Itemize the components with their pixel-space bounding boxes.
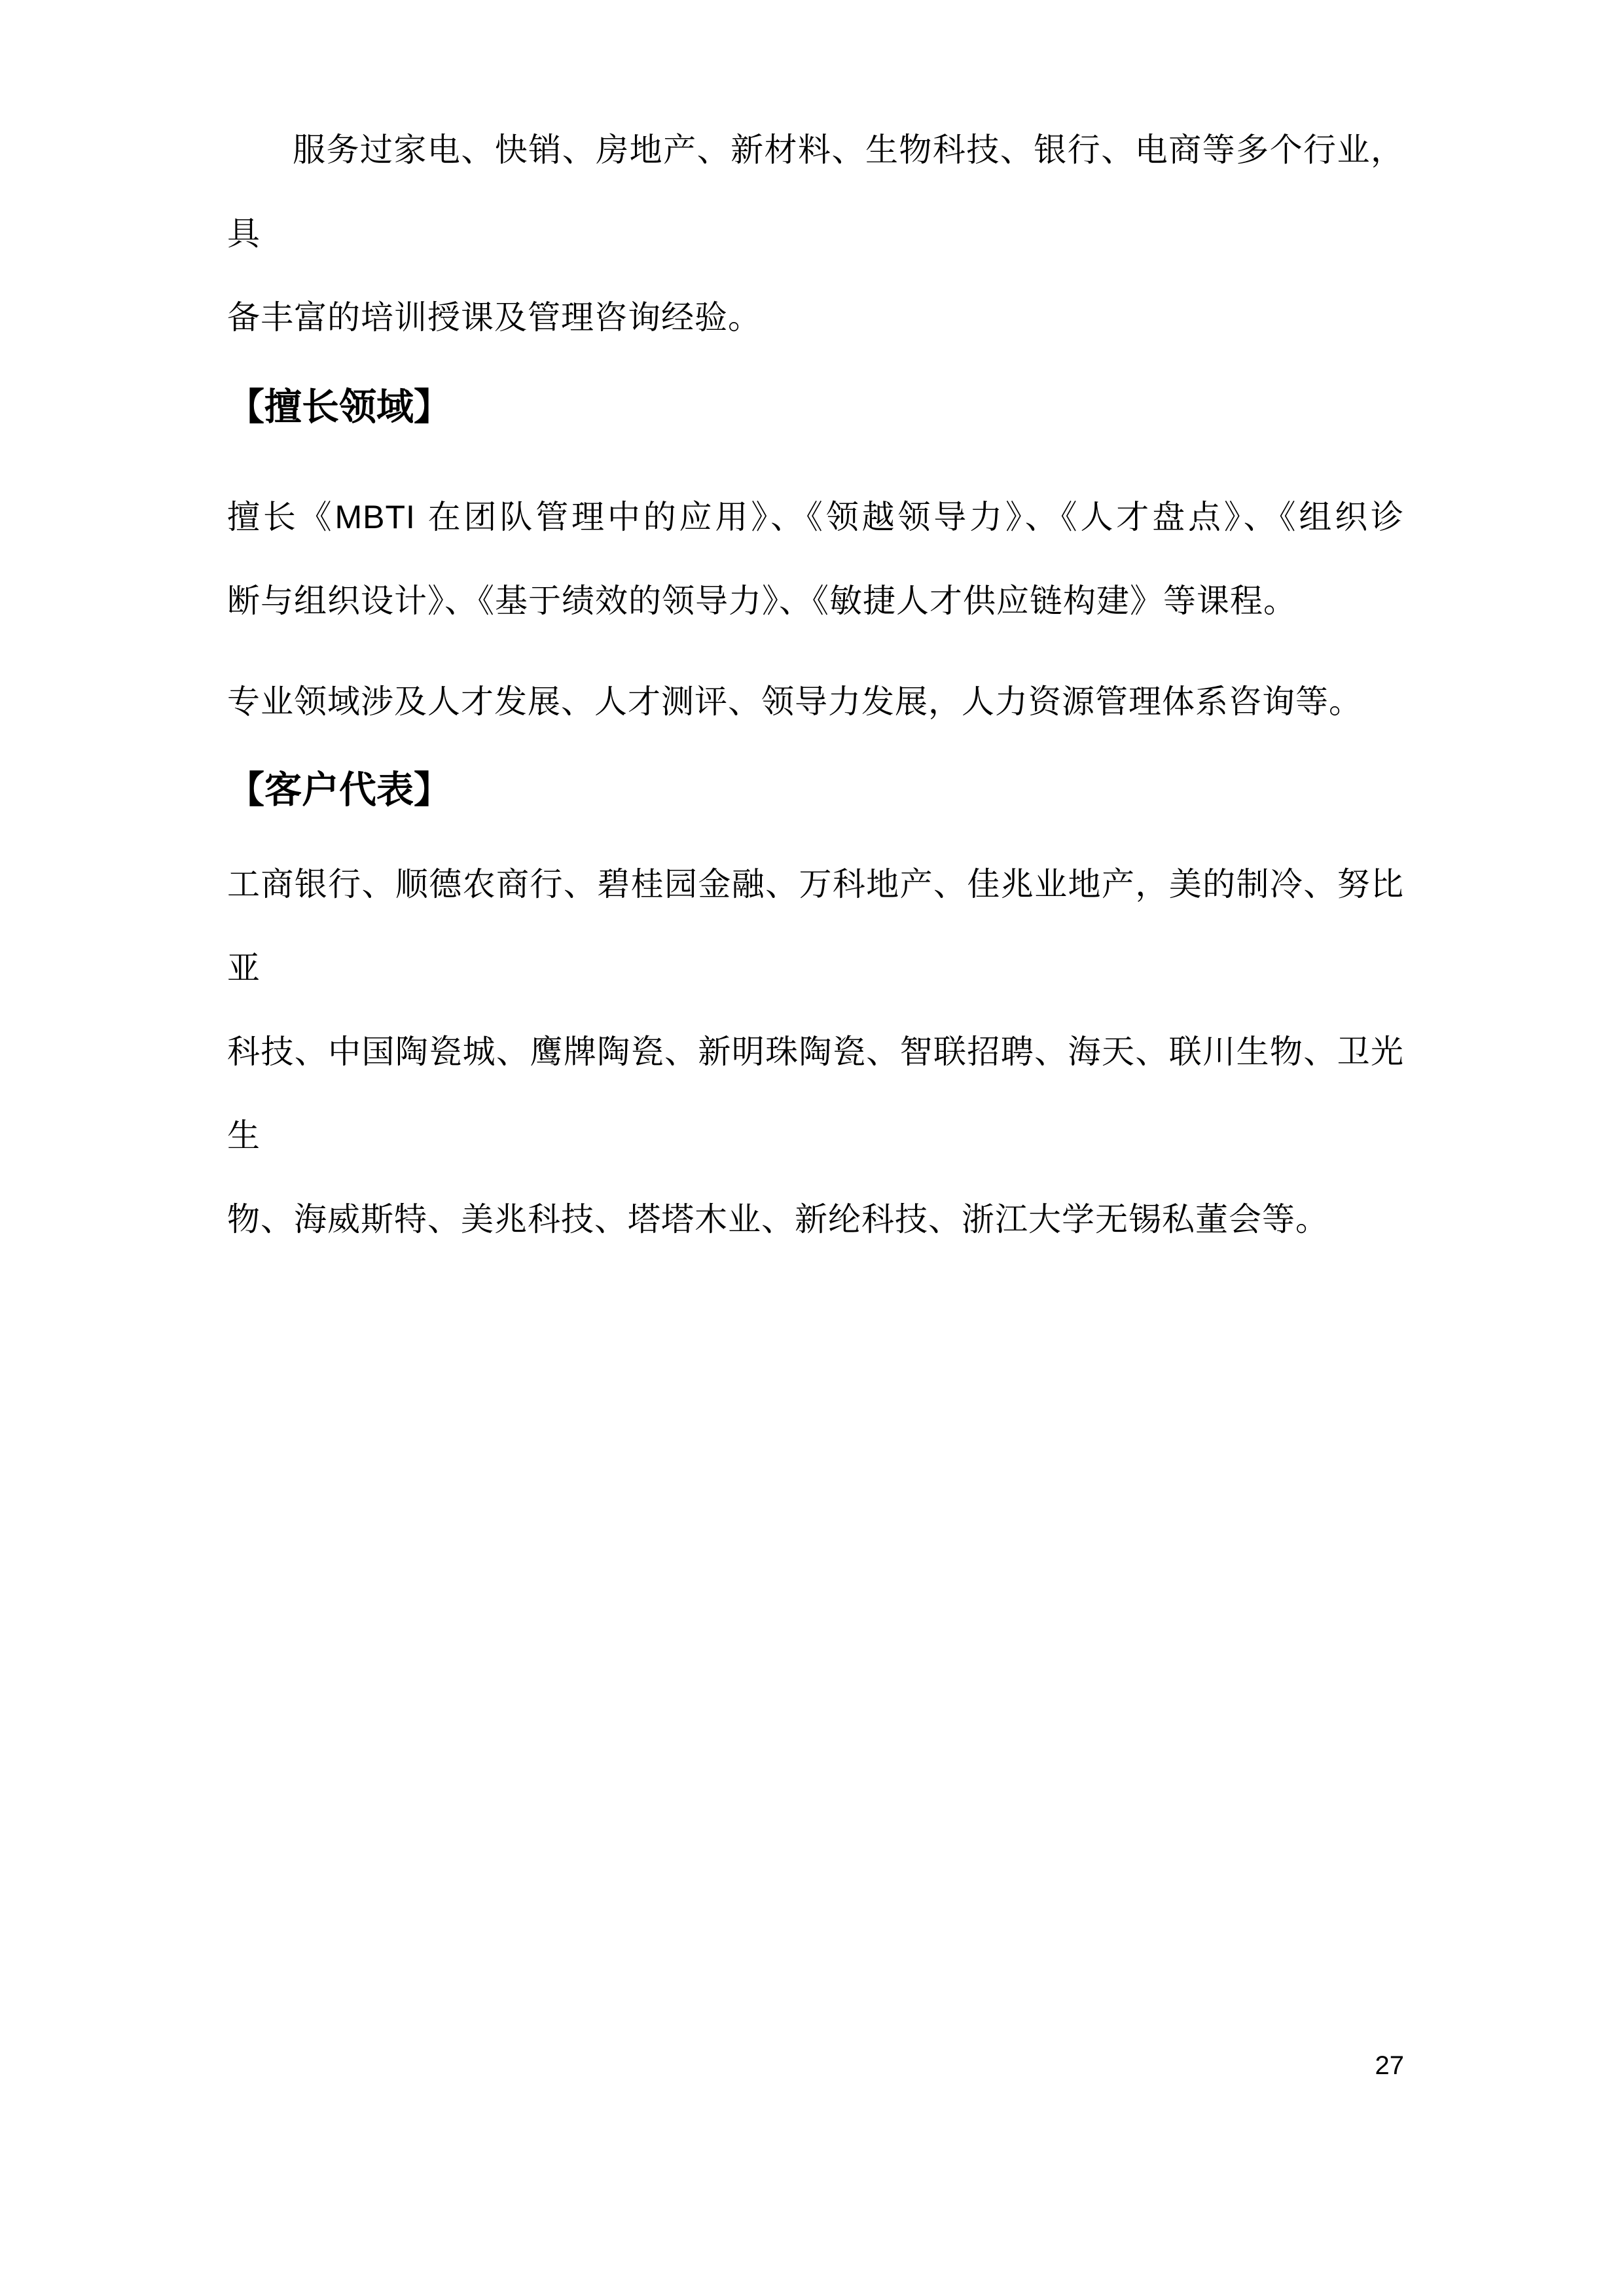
page-number: 27 bbox=[1375, 2051, 1405, 2081]
clients-paragraph: 工商银行、顺德农商行、碧桂园金融、万科地产、佳兆业地产，美的制冷、努比亚 科技、… bbox=[227, 842, 1404, 1261]
clients-paragraph-line-2: 科技、中国陶瓷城、鹰牌陶瓷、新明珠陶瓷、智联招聘、海天、联川生物、卫光生 bbox=[227, 1010, 1404, 1177]
intro-paragraph: 服务过家电、快销、房地产、新材料、生物科技、银行、电商等多个行业，具 备丰富的培… bbox=[227, 108, 1404, 359]
intro-paragraph-line-2: 备丰富的培训授课及管理咨询经验。 bbox=[227, 276, 1404, 359]
expertise-section-heading: 【擅长领域】 bbox=[227, 377, 1404, 437]
document-content: 服务过家电、快销、房地产、新材料、生物科技、银行、电商等多个行业，具 备丰富的培… bbox=[0, 0, 1624, 1261]
clients-paragraph-line-3: 物、海威斯特、美兆科技、塔塔木业、新纶科技、浙江大学无锡私董会等。 bbox=[227, 1177, 1404, 1261]
document-page: 服务过家电、快销、房地产、新材料、生物科技、银行、电商等多个行业，具 备丰富的培… bbox=[0, 0, 1624, 2296]
clients-paragraph-line-1: 工商银行、顺德农商行、碧桂园金融、万科地产、佳兆业地产，美的制冷、努比亚 bbox=[227, 842, 1404, 1010]
clients-section-heading: 【客户代表】 bbox=[227, 760, 1404, 820]
professional-fields-paragraph: 专业领域涉及人才发展、人才测评、领导力发展，人力资源管理体系咨询等。 bbox=[227, 660, 1404, 744]
professional-fields-line-1: 专业领域涉及人才发展、人才测评、领导力发展，人力资源管理体系咨询等。 bbox=[227, 660, 1404, 744]
expertise-paragraph: 擅长《MBTI 在团队管理中的应用》、《领越领导力》、《人才盘点》、《组织诊 断… bbox=[227, 475, 1404, 643]
intro-paragraph-line-1: 服务过家电、快销、房地产、新材料、生物科技、银行、电商等多个行业，具 bbox=[227, 108, 1404, 276]
expertise-paragraph-line-1: 擅长《MBTI 在团队管理中的应用》、《领越领导力》、《人才盘点》、《组织诊 bbox=[227, 475, 1404, 559]
expertise-paragraph-line-2: 断与组织设计》、《基于绩效的领导力》、《敏捷人才供应链构建》等课程。 bbox=[227, 559, 1404, 643]
